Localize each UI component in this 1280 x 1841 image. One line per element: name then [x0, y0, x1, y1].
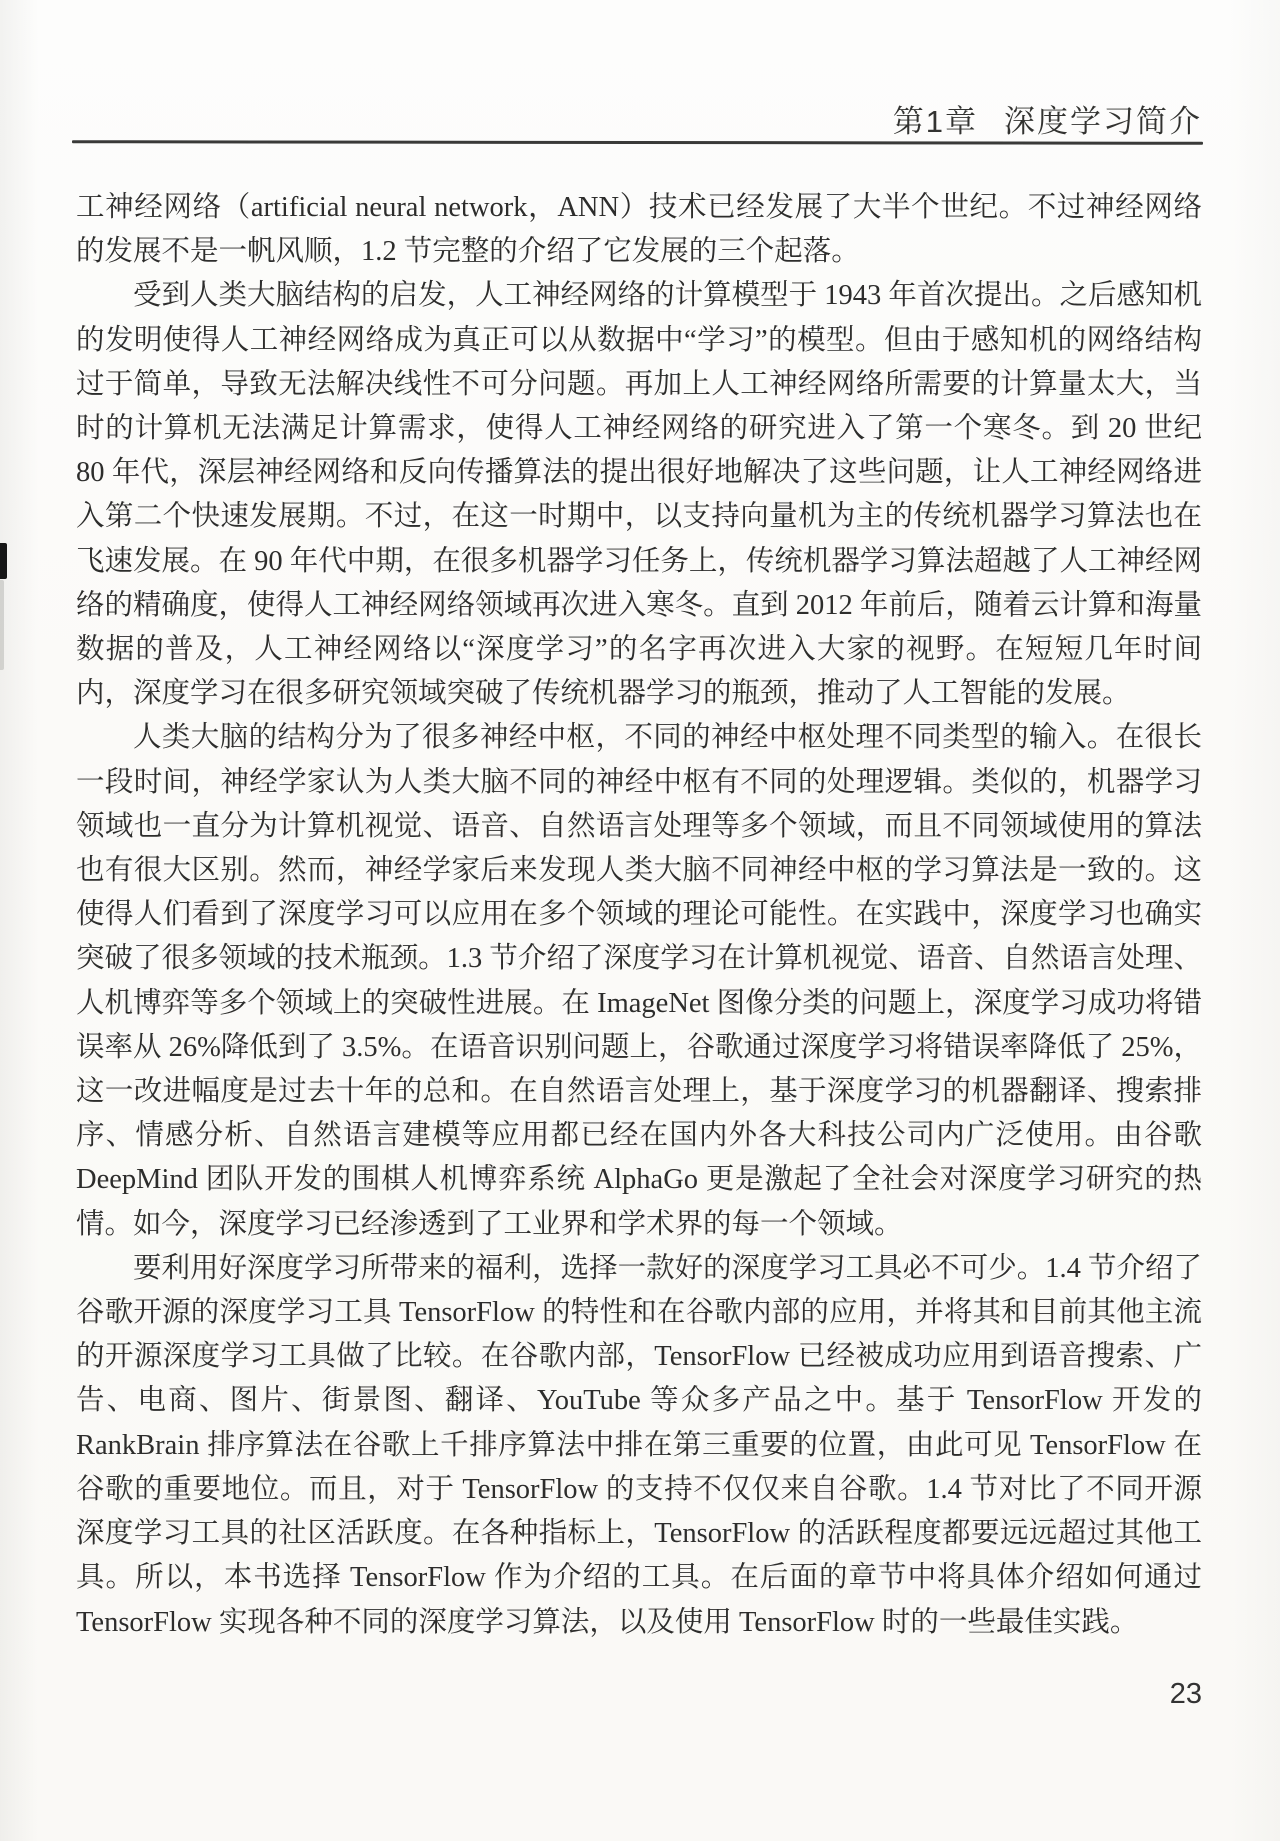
header-rule [72, 140, 1203, 145]
book-page: 第1章深度学习简介 工神经网络（artificial neural networ… [0, 0, 1280, 1841]
page-number: 23 [1140, 1678, 1202, 1711]
paragraph-tensorflow: 要利用好深度学习所带来的福利，选择一款好的深度学习工具必不可少。1.4 节介绍了… [76, 1247, 1202, 1645]
scan-artifact-mark [0, 543, 7, 579]
body-text: 工神经网络（artificial neural network，ANN）技术已经… [76, 186, 1202, 1645]
chapter-label: 第1章 [893, 104, 978, 139]
scan-artifact-smudge [0, 580, 4, 670]
paragraph-brain-applications: 人类大脑的结构分为了很多神经中枢，不同的神经中枢处理不同类型的输入。在很长一段时… [76, 716, 1202, 1246]
chapter-title: 深度学习简介 [1004, 104, 1202, 139]
running-header: 第1章深度学习简介 [76, 96, 1202, 141]
paragraph-continuation: 工神经网络（artificial neural network，ANN）技术已经… [76, 186, 1202, 274]
paragraph-history: 受到人类大脑结构的启发，人工神经网络的计算模型于 1943 年首次提出。之后感知… [76, 274, 1202, 716]
